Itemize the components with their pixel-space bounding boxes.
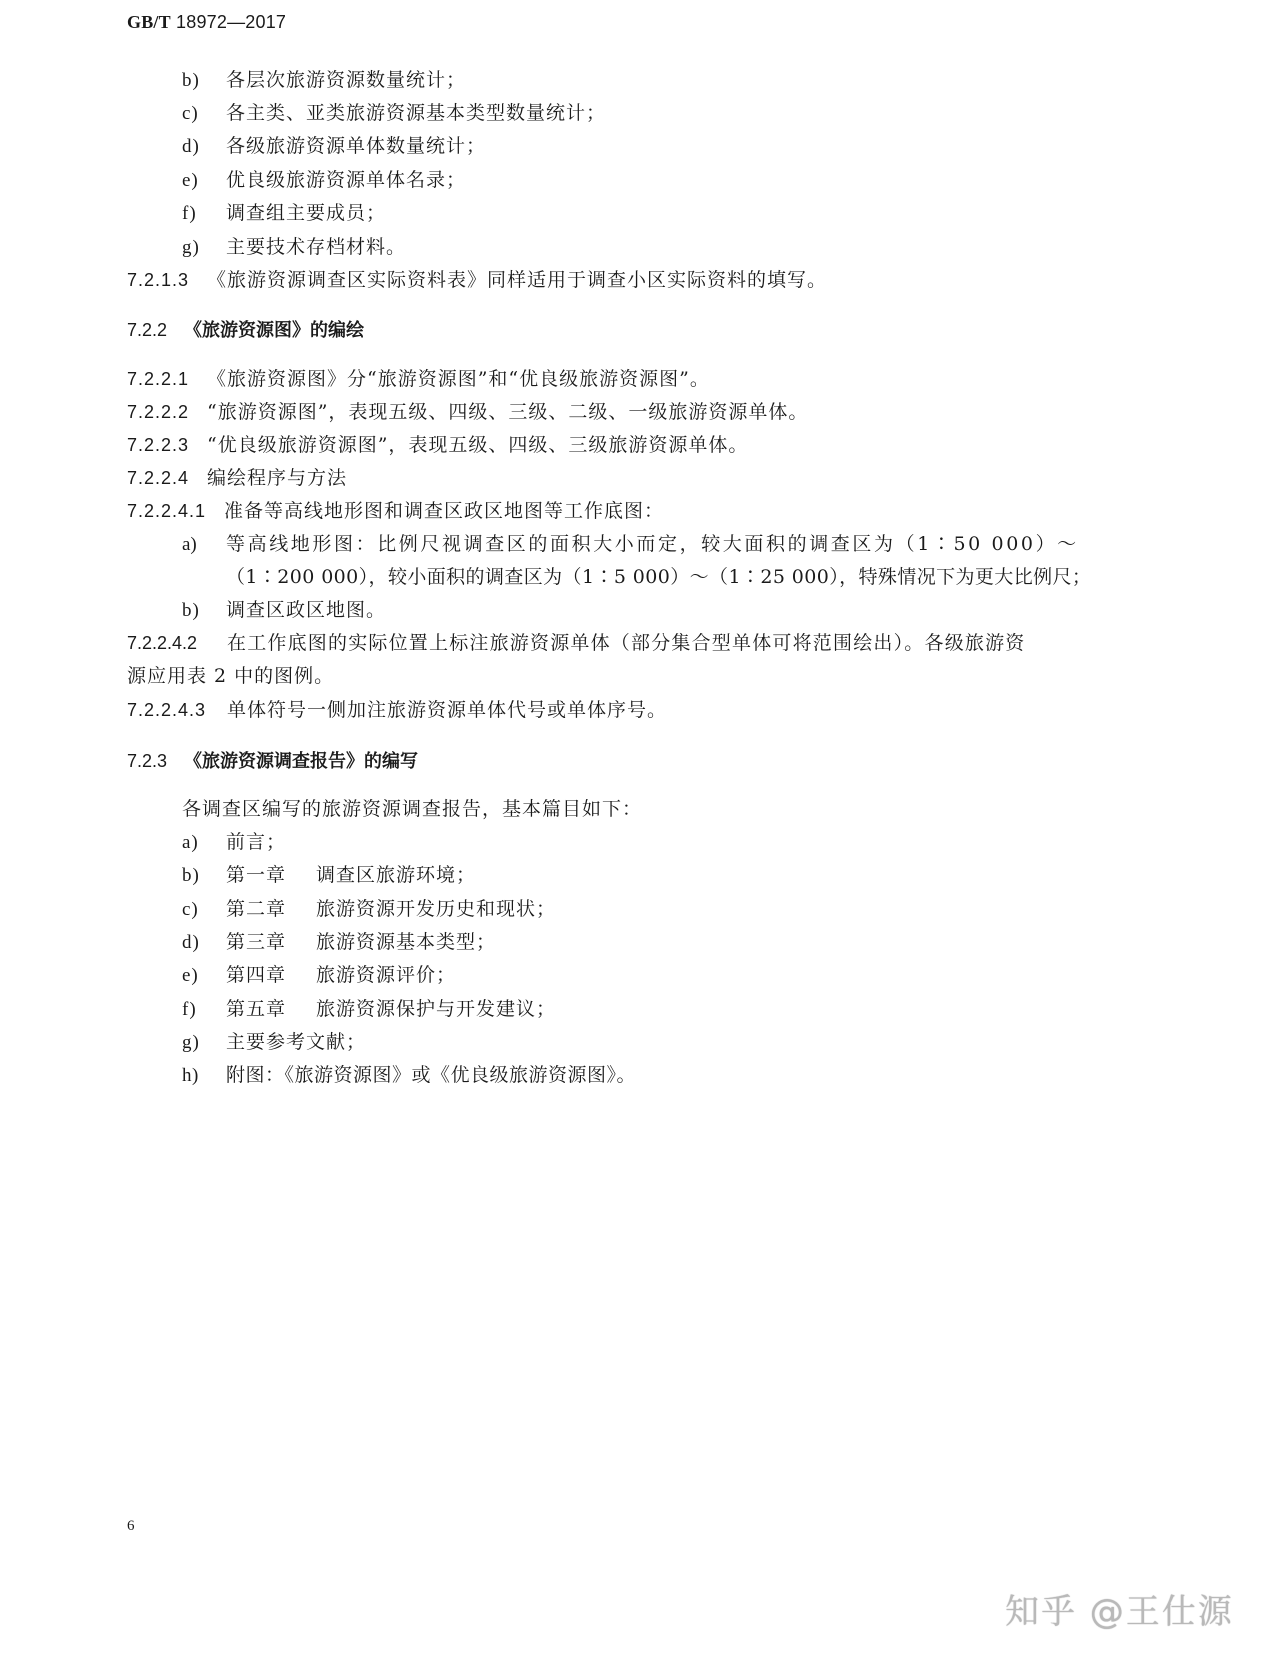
clause-text: 在工作底图的实际位置上标注旅游资源单体（部分集合型单体可将范围绘出）。各级旅游资	[227, 632, 1026, 654]
standard-header: GB/T 18972—2017	[127, 12, 286, 33]
standard-prefix: GB/T	[127, 12, 171, 32]
clause-text: 源应用表 2 中的图例。	[127, 665, 334, 687]
clause-7-2-2-4-1: 7.2.2.4.1准备等高线地形图和调查区政区地图等工作底图：	[127, 499, 664, 523]
clause-7-2-2-2: 7.2.2.2“旅游资源图”，表现五级、四级、三级、二级、一级旅游资源单体。	[127, 400, 808, 424]
item-text: 等高线地形图：比例尺视调查区的面积大小而定，较大面积的调查区为（1∶50 000…	[226, 533, 1079, 555]
item-text: 旅游资源评价；	[316, 964, 456, 986]
item-label: f)	[182, 998, 226, 1022]
item-label: c)	[182, 102, 226, 126]
list-item: d)各级旅游资源单体数量统计；	[182, 134, 486, 159]
clause-number: 7.2.2.4	[127, 466, 207, 490]
item-label: g)	[182, 1031, 226, 1055]
list-item: b)各层次旅游资源数量统计；	[182, 68, 466, 93]
item-label: h)	[182, 1064, 226, 1088]
page-number: 6	[127, 1518, 135, 1535]
item-text: 优良级旅游资源单体名录；	[226, 169, 466, 191]
clause-number: 7.2.1.3	[127, 268, 207, 292]
item-text: 旅游资源基本类型；	[316, 931, 496, 953]
item-label: b)	[182, 69, 226, 93]
item-text: 旅游资源保护与开发建议；	[316, 998, 556, 1020]
item-label: g)	[182, 236, 226, 260]
chapter-title: 第五章	[226, 997, 316, 1021]
clause-7-2-2-1: 7.2.2.1《旅游资源图》分“旅游资源图”和“优良级旅游资源图”。	[127, 367, 710, 391]
section-title: 《旅游资源图》的编绘	[184, 320, 364, 341]
item-label: a)	[182, 831, 226, 855]
item-text: 旅游资源开发历史和现状；	[316, 898, 556, 920]
list-item: e)第四章旅游资源评价；	[182, 963, 456, 988]
clause-continuation: 源应用表 2 中的图例。	[127, 664, 334, 688]
list-item: a)等高线地形图：比例尺视调查区的面积大小而定，较大面积的调查区为（1∶50 0…	[182, 532, 1079, 557]
clause-number: 7.2.2.3	[127, 433, 207, 457]
item-label: d)	[182, 931, 226, 955]
list-item: e)优良级旅游资源单体名录；	[182, 168, 466, 193]
clause-text: 单体符号一侧加注旅游资源单体代号或单体序号。	[227, 699, 667, 721]
item-text: 调查组主要成员；	[226, 202, 386, 224]
item-label: d)	[182, 135, 226, 159]
clause-number: 7.2.2.4.3	[127, 698, 227, 722]
list-item: d)第三章旅游资源基本类型；	[182, 930, 496, 955]
section-number: 7.2.2	[127, 318, 184, 342]
item-text: 主要参考文献；	[226, 1031, 366, 1053]
list-item: f)第五章旅游资源保护与开发建议；	[182, 997, 556, 1022]
list-item: h)附图：《旅游资源图》或《优良级旅游资源图》。	[182, 1063, 636, 1088]
item-label: b)	[182, 599, 226, 623]
item-label: f)	[182, 202, 226, 226]
section-heading-7-2-3: 7.2.3《旅游资源调查报告》的编写	[127, 749, 418, 774]
clause-7-2-2-4: 7.2.2.4编绘程序与方法	[127, 466, 347, 490]
chapter-title: 第一章	[226, 863, 316, 887]
section-intro: 各调查区编写的旅游资源调查报告，基本篇目如下：	[182, 797, 642, 821]
list-item: b)调查区政区地图。	[182, 598, 386, 623]
item-text: （1∶200 000），较小面积的调查区为（1∶5 000）～（1∶25 000…	[226, 566, 1091, 588]
clause-text: “旅游资源图”，表现五级、四级、三级、二级、一级旅游资源单体。	[207, 401, 808, 423]
list-item: g)主要参考文献；	[182, 1030, 366, 1055]
clause-number: 7.2.2.2	[127, 400, 207, 424]
item-text: 各主类、亚类旅游资源基本类型数量统计；	[226, 102, 606, 124]
clause-7-2-2-3: 7.2.2.3“优良级旅游资源图”，表现五级、四级、三级旅游资源单体。	[127, 433, 748, 457]
clause-text: 准备等高线地形图和调查区政区地图等工作底图：	[224, 500, 664, 522]
item-label: c)	[182, 898, 226, 922]
item-text: 各层次旅游资源数量统计；	[226, 69, 466, 91]
list-item: b)第一章调查区旅游环境；	[182, 863, 476, 888]
section-number: 7.2.3	[127, 749, 184, 773]
section-heading-7-2-2: 7.2.2《旅游资源图》的编绘	[127, 318, 364, 343]
clause-number: 7.2.2.4.2	[127, 631, 227, 655]
standard-number: 18972—2017	[176, 12, 286, 32]
list-item: f)调查组主要成员；	[182, 201, 386, 226]
list-item: a)前言；	[182, 830, 286, 855]
clause-text: 《旅游资源调查区实际资料表》同样适用于调查小区实际资料的填写。	[207, 269, 827, 291]
chapter-title: 第二章	[226, 897, 316, 921]
list-item: c)第二章旅游资源开发历史和现状；	[182, 897, 556, 922]
section-title: 《旅游资源调查报告》的编写	[184, 751, 418, 772]
list-item: c)各主类、亚类旅游资源基本类型数量统计；	[182, 101, 606, 126]
chapter-title: 第三章	[226, 930, 316, 954]
watermark: 知乎 @王仕源	[1005, 1584, 1234, 1633]
clause-number: 7.2.2.1	[127, 367, 207, 391]
item-label: e)	[182, 964, 226, 988]
item-text: 调查区旅游环境；	[316, 864, 476, 886]
item-label: b)	[182, 864, 226, 888]
item-text: 各级旅游资源单体数量统计；	[226, 135, 486, 157]
clause-7-2-2-4-3: 7.2.2.4.3单体符号一侧加注旅游资源单体代号或单体序号。	[127, 698, 667, 722]
intro-text: 各调查区编写的旅游资源调查报告，基本篇目如下：	[182, 798, 642, 820]
chapter-title: 第四章	[226, 963, 316, 987]
clause-7-2-1-3: 7.2.1.3《旅游资源调查区实际资料表》同样适用于调查小区实际资料的填写。	[127, 268, 827, 292]
clause-text: 编绘程序与方法	[207, 467, 347, 489]
item-text: 主要技术存档材料。	[226, 236, 406, 258]
clause-text: “优良级旅游资源图”，表现五级、四级、三级旅游资源单体。	[207, 434, 748, 456]
item-text: 调查区政区地图。	[226, 599, 386, 621]
clause-text: 《旅游资源图》分“旅游资源图”和“优良级旅游资源图”。	[207, 368, 710, 390]
list-item: g)主要技术存档材料。	[182, 235, 406, 260]
clause-number: 7.2.2.4.1	[127, 499, 224, 523]
clause-7-2-2-4-2: 7.2.2.4.2在工作底图的实际位置上标注旅游资源单体（部分集合型单体可将范围…	[127, 631, 1026, 655]
item-text: 附图：《旅游资源图》或《优良级旅游资源图》。	[226, 1064, 636, 1086]
item-label: e)	[182, 169, 226, 193]
item-text: 前言；	[226, 831, 286, 853]
list-item-continuation: （1∶200 000），较小面积的调查区为（1∶5 000）～（1∶25 000…	[226, 565, 1091, 589]
item-label: a)	[182, 533, 226, 557]
